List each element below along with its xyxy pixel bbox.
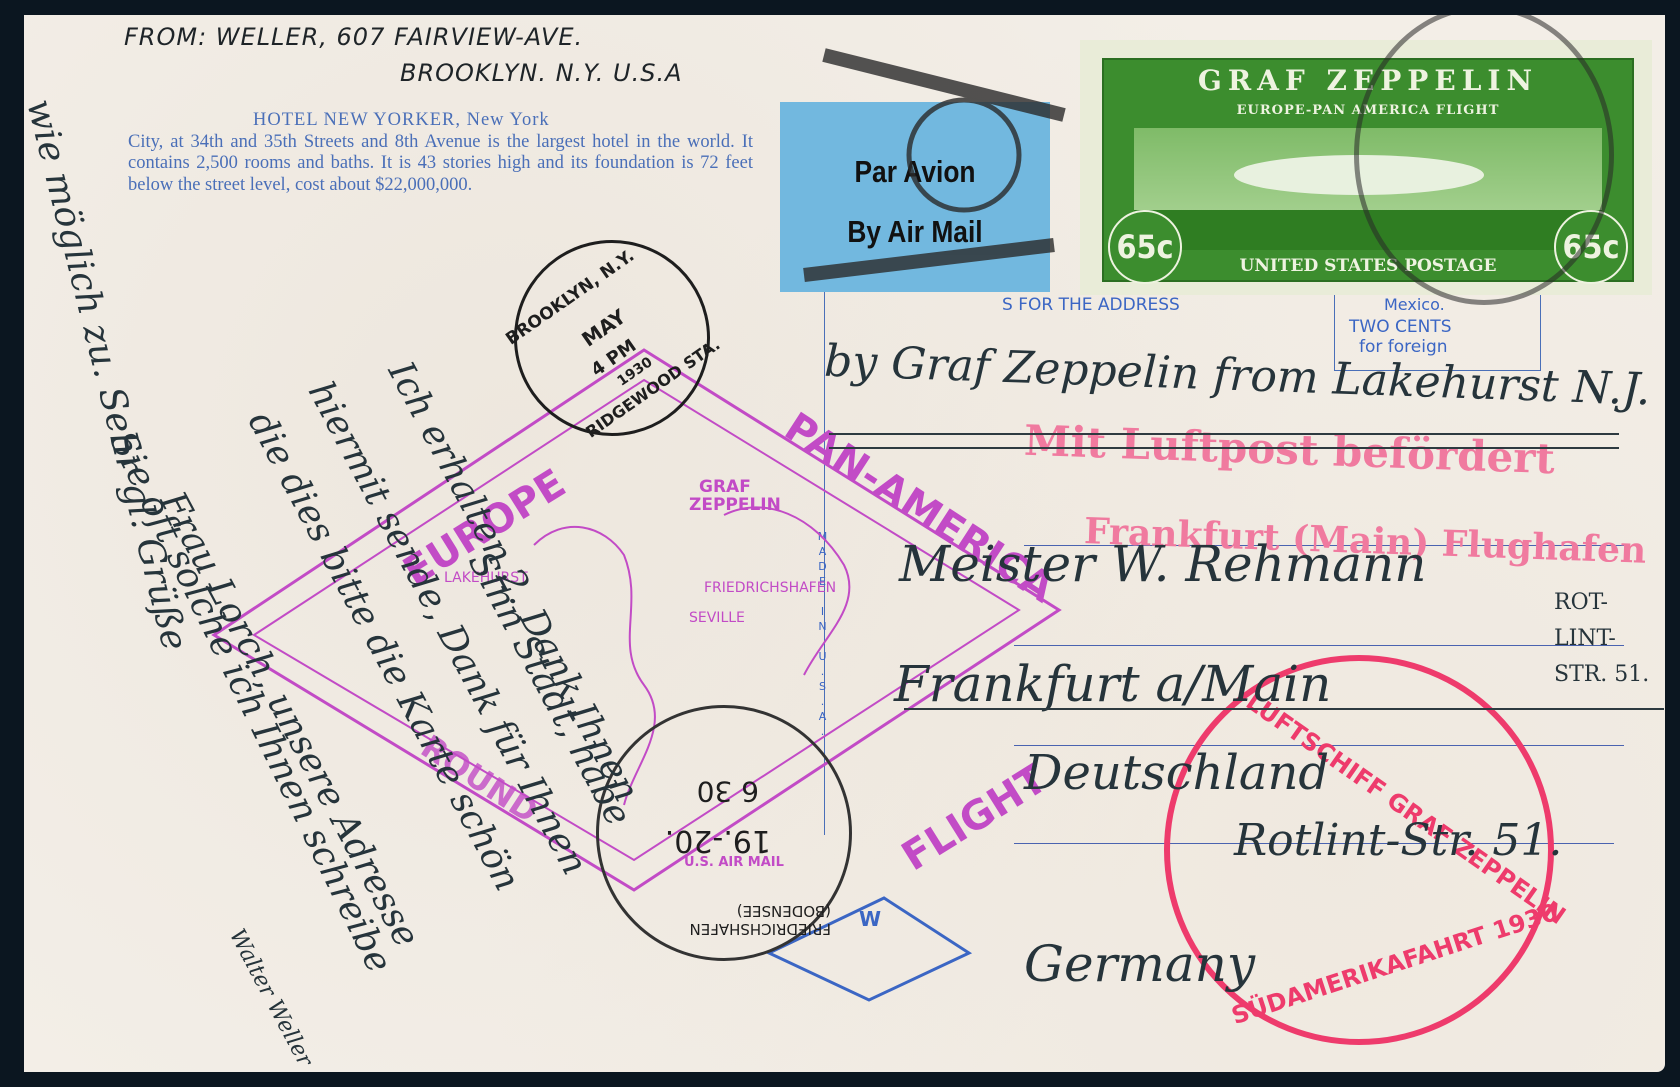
stamp-cancel-circle [1354,15,1614,305]
de-postmark-date2: 6 30 [697,775,759,808]
postage-note-2: TWO CENTS [1349,317,1451,337]
strike-line [829,433,1619,435]
address-country: Germany [1024,935,1255,993]
sender-line-1: FROM: WELLER, 607 FAIRVIEW-AVE. [124,23,583,51]
message-line: Sie oft solche ich Ihnen schreibe [101,425,399,979]
cachet-city-seville: SEVILLE [689,610,745,626]
frankfurt-cachet-line-1: Mit Luftpost befördert [1023,416,1555,484]
signature: Walter Weller [224,925,317,1071]
de-postmark-date: 19.-20. [665,823,771,858]
address-name: Meister W. Rehmann [899,535,1426,593]
postcard: S FOR THE ADDRESS Mexico. TWO CENTS for … [24,15,1665,1072]
cachet-center-zeppelin: ZEPPELIN [689,495,781,515]
duplex-cancel [764,15,1084,305]
address-city: Frankfurt a/Main [894,655,1331,713]
postage-note-1: Mexico. [1384,295,1445,314]
strike-line [829,447,1619,449]
w-marking: W [859,907,881,931]
address-rule [1014,645,1624,646]
address-street-note: ROT-LINT-STR. 51. [1554,585,1664,693]
address-country-de: Deutschland [1024,745,1329,801]
de-postmark-city: FRIEDRICHSHAFEN (BODENSEE) [599,902,831,938]
friedrichshafen-postmark: FRIEDRICHSHAFEN (BODENSEE) 19.-20. 6 30 [596,705,852,961]
cachet-center-graf: GRAF [699,477,751,497]
handwritten-message: wie möglich zu. Sehr gl. Grüße Sie oft s… [36,55,556,1055]
strike-line [904,708,1664,710]
cachet-city-friedrichshafen: FRIEDRICHSHAFEN [704,580,836,596]
address-street: Rotlint-Str. 51. [1234,815,1562,866]
